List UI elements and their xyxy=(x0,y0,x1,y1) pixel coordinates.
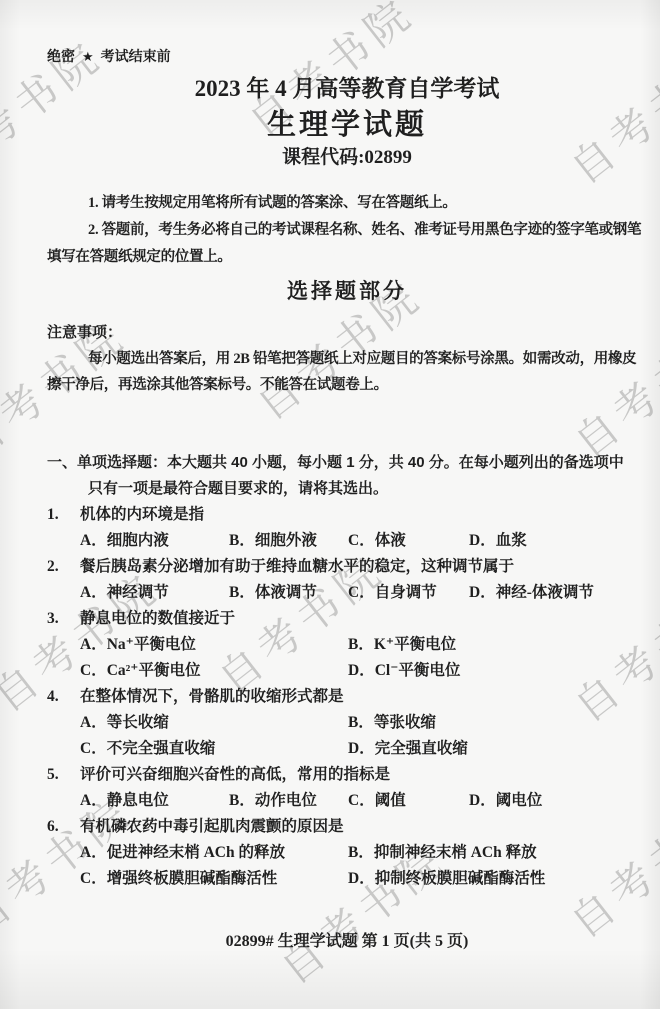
part-one-header: 一、单项选择题：本大题共 40 小题，每小题 1 分，共 40 分。在每小题列出… xyxy=(47,450,647,502)
option-a: A．促进神经末梢 ACh 的释放 xyxy=(80,840,348,866)
option-a: A．等长收缩 xyxy=(80,710,348,736)
question-stem: 机体的内环境是指 xyxy=(80,506,204,523)
option-c: C．体液 xyxy=(348,528,469,554)
question-6: 6.有机磷农药中毒引起肌肉震颤的原因是 A．促进神经末梢 ACh 的释放 B．抑… xyxy=(47,814,647,892)
question-2: 2.餐后胰岛素分泌增加有助于维持血糖水平的稳定，这种调节属于 A．神经调节 B．… xyxy=(47,554,647,606)
question-stem: 在整体情况下，骨骼肌的收缩形式都是 xyxy=(80,688,344,705)
notice-line-1: 每小题选出答案后，用 2B 铅笔把答题纸上对应题目的答案标号涂黑。如需改动，用橡… xyxy=(47,346,647,372)
option-b: B．细胞外液 xyxy=(229,528,348,554)
secrecy-label: 绝密 xyxy=(47,48,75,64)
exam-session-title: 2023 年 4 月高等教育自学考试 xyxy=(47,75,647,103)
option-c: C．Ca²⁺平衡电位 xyxy=(80,658,348,684)
general-instructions: 1. 请考生按规定用笔将所有试题的答案涂、写在答题纸上。 2. 答题前，考生务必… xyxy=(47,190,647,271)
question-5: 5.评价可兴奋细胞兴奋性的高低，常用的指标是 A．静息电位 B．动作电位 C．阈… xyxy=(47,762,647,814)
option-d: D．完全强直收缩 xyxy=(348,736,468,762)
question-list: 1.机体的内环境是指 A．细胞内液 B．细胞外液 C．体液 D．血浆 2.餐后胰… xyxy=(47,502,647,892)
question-number: 6. xyxy=(47,814,80,840)
option-d: D．神经-体液调节 xyxy=(469,580,594,606)
question-4: 4.在整体情况下，骨骼肌的收缩形式都是 A．等长收缩 B．等张收缩 C．不完全强… xyxy=(47,684,647,762)
option-b: B．K⁺平衡电位 xyxy=(348,632,456,658)
star-icon: ★ xyxy=(82,49,94,64)
option-c: C．自身调节 xyxy=(348,580,469,606)
question-number: 4. xyxy=(47,684,80,710)
exam-paper-page: 自考书院 自考书院 自考书院 自考书院 自考书院 自考书院 自考书院 自考书院 … xyxy=(0,0,660,1009)
option-d: D．血浆 xyxy=(469,528,527,554)
part-one-header-line-2: 只有一项是最符合题目要求的，请将其选出。 xyxy=(47,476,647,502)
question-stem: 有机磷农药中毒引起肌肉震颤的原因是 xyxy=(80,818,344,835)
question-stem: 餐后胰岛素分泌增加有助于维持血糖水平的稳定，这种调节属于 xyxy=(80,558,514,575)
option-a: A．神经调节 xyxy=(80,580,229,606)
notice-line-2: 擦干净后，再选涂其他答案标号。不能答在试题卷上。 xyxy=(47,372,647,398)
option-d: D．抑制终板膜胆碱酯酶活性 xyxy=(348,866,545,892)
instruction-line-2: 2. 答题前，考生务必将自己的考试课程名称、姓名、准考证号用黑色字迹的签字笔或钢… xyxy=(47,217,647,244)
question-number: 2. xyxy=(47,554,80,580)
question-1: 1.机体的内环境是指 A．细胞内液 B．细胞外液 C．体液 D．血浆 xyxy=(47,502,647,554)
option-c: C．不完全强直收缩 xyxy=(80,736,348,762)
notice-paragraph: 每小题选出答案后，用 2B 铅笔把答题纸上对应题目的答案标号涂黑。如需改动，用橡… xyxy=(47,346,647,398)
option-c: C．增强终板膜胆碱酯酶活性 xyxy=(80,866,348,892)
instruction-line-1: 1. 请考生按规定用笔将所有试题的答案涂、写在答题纸上。 xyxy=(47,190,647,217)
question-number: 3. xyxy=(47,606,80,632)
option-b: B．抑制神经末梢 ACh 释放 xyxy=(348,840,537,866)
classification-banner: 绝密★考试结束前 xyxy=(47,46,647,66)
option-c: C．阈值 xyxy=(348,788,469,814)
course-code: 课程代码:02899 xyxy=(47,146,647,170)
option-b: B．动作电位 xyxy=(229,788,348,814)
question-3: 3.静息电位的数值接近于 A．Na⁺平衡电位 B．K⁺平衡电位 C．Ca²⁺平衡… xyxy=(47,606,647,684)
option-a: A．静息电位 xyxy=(80,788,229,814)
question-number: 5. xyxy=(47,762,80,788)
option-d: D．阈电位 xyxy=(469,788,542,814)
option-b: B．体液调节 xyxy=(229,580,348,606)
question-number: 1. xyxy=(47,502,80,528)
page-content: 绝密★考试结束前 2023 年 4 月高等教育自学考试 生理学试题 课程代码:0… xyxy=(0,46,660,952)
option-a: A．Na⁺平衡电位 xyxy=(80,632,348,658)
notice-label: 注意事项： xyxy=(47,320,647,346)
question-stem: 静息电位的数值接近于 xyxy=(80,610,235,627)
page-footer: 02899# 生理学试题 第 1 页(共 5 页) xyxy=(47,931,647,952)
part-one-header-line-1: 一、单项选择题：本大题共 40 小题，每小题 1 分，共 40 分。在每小题列出… xyxy=(47,450,647,476)
option-d: D．Cl⁻平衡电位 xyxy=(348,658,460,684)
section-part-title: 选择题部分 xyxy=(47,278,647,305)
paper-title: 生理学试题 xyxy=(47,106,647,144)
instruction-line-3: 填写在答题纸规定的位置上。 xyxy=(47,244,647,271)
option-b: B．等张收缩 xyxy=(348,710,436,736)
exam-period-label: 考试结束前 xyxy=(101,48,171,64)
option-a: A．细胞内液 xyxy=(80,528,229,554)
question-stem: 评价可兴奋细胞兴奋性的高低，常用的指标是 xyxy=(80,766,390,783)
